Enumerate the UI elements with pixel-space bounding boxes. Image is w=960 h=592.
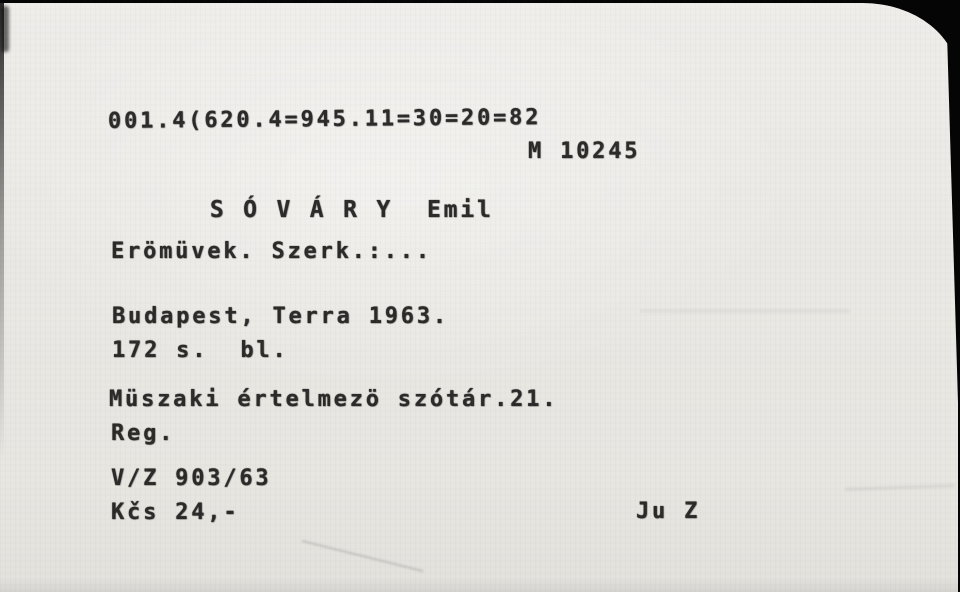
title-statement: Erömüvek. Szerk.:... [111, 239, 432, 265]
scan-edge-left [0, 0, 4, 500]
collation-line: 172 s. bl. [112, 338, 289, 364]
order-number: V/Z 903/63 [111, 466, 271, 492]
classification-number: 001.4(620.4=945.11=30=20=82 [108, 105, 541, 135]
scanned-catalog-card-scan: 001.4(620.4=945.11=30=20=82 M 10245 S Ó … [0, 0, 960, 592]
paper-crease-bottom [302, 540, 424, 572]
paper-crease-mid [640, 308, 850, 314]
accession-number: M 10245 [528, 139, 640, 165]
bottom-shadow [0, 578, 958, 592]
price-line: Kčs 24,- [111, 500, 239, 526]
author-forename: Emil [427, 197, 494, 223]
catalog-card: 001.4(620.4=945.11=30=20=82 M 10245 S Ó … [0, 3, 958, 592]
author-line: S Ó V Á R YEmil [110, 171, 494, 249]
author-surname: S Ó V Á R Y [210, 197, 393, 223]
scan-smudge-top-left [1, 6, 9, 52]
paper-crease-bottom-right [845, 484, 955, 491]
series-note: Müszaki értelmezö szótár.21. [109, 387, 558, 413]
register-note: Reg. [111, 421, 175, 447]
imprint-line: Budapest, Terra 1963. [112, 304, 449, 330]
handler-initials: Ju Z [636, 499, 700, 525]
